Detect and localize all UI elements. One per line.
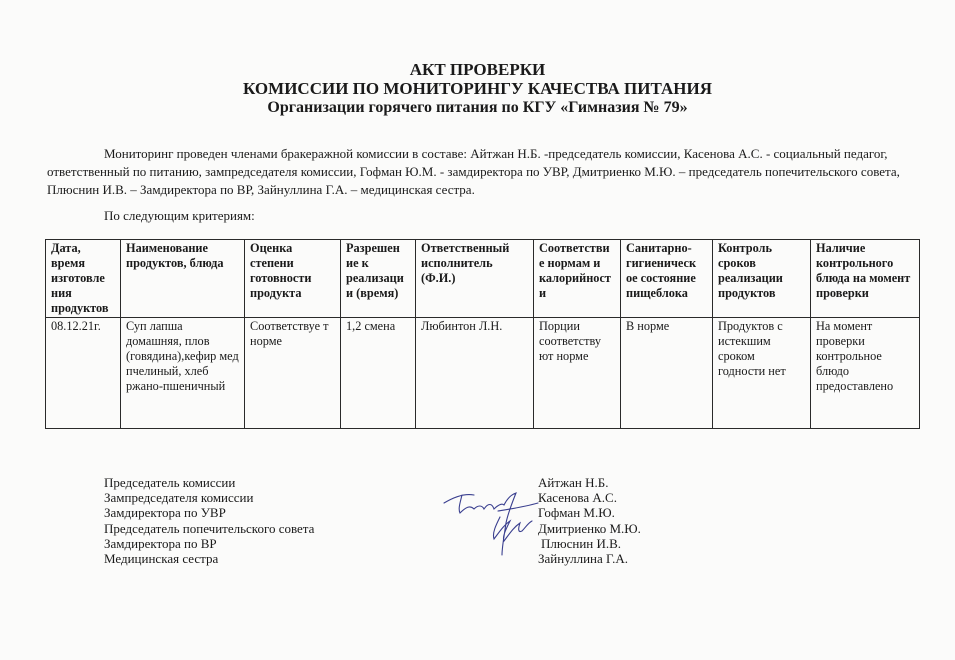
role-deputy-director-uvr: Замдиректора по УВР xyxy=(104,505,314,520)
title-line-1: АКТ ПРОВЕРКИ xyxy=(0,60,955,79)
name-board-chair: Дмитриенко М.Ю. xyxy=(538,521,641,536)
role-deputy-chair: Зампредседателя комиссии xyxy=(104,490,314,505)
header-date: Дата, время изготовле ния продуктов xyxy=(46,240,121,318)
title-line-3: Организации горячего питания по КГУ «Гим… xyxy=(0,98,955,117)
header-expiry-control: Контроль сроков реализации продуктов xyxy=(713,240,811,318)
inspection-table: Дата, время изготовле ния продуктов Наим… xyxy=(45,239,920,429)
role-deputy-director-vr: Замдиректора по ВР xyxy=(104,536,314,551)
name-chair: Айтжан Н.Б. xyxy=(538,475,641,490)
role-board-chair: Председатель попечительского совета xyxy=(104,521,314,536)
header-norms: Соответстви е нормам и калорийност и xyxy=(534,240,621,318)
header-readiness: Оценка степени готовности продукта xyxy=(245,240,341,318)
intro-paragraph: Мониторинг проведен членами бракеражной … xyxy=(47,145,917,199)
document-page: АКТ ПРОВЕРКИ КОМИССИИ ПО МОНИТОРИНГУ КАЧ… xyxy=(0,0,955,660)
cell-readiness: Соответствуе т норме xyxy=(245,318,341,429)
cell-control-dish: На момент проверки контрольное блюдо пре… xyxy=(811,318,920,429)
table-row: 08.12.21г. Суп лапша домашняя, плов (гов… xyxy=(46,318,920,429)
title-line-2: КОМИССИИ ПО МОНИТОРИНГУ КАЧЕСТВА ПИТАНИЯ xyxy=(0,79,955,98)
name-deputy-director-uvr: Гофман М.Ю. xyxy=(538,505,641,520)
header-product-name: Наименование продуктов, блюда xyxy=(121,240,245,318)
table-header-row: Дата, время изготовле ния продуктов Наим… xyxy=(46,240,920,318)
cell-permission: 1,2 смена xyxy=(341,318,416,429)
header-permission: Разрешен ие к реализаци и (время) xyxy=(341,240,416,318)
signer-names: Айтжан Н.Б. Касенова А.С. Гофман М.Ю. Дм… xyxy=(538,475,641,566)
name-deputy-director-vr: Плюснин И.В. xyxy=(538,536,641,551)
cell-date: 08.12.21г. xyxy=(46,318,121,429)
document-title: АКТ ПРОВЕРКИ КОМИССИИ ПО МОНИТОРИНГУ КАЧ… xyxy=(0,60,955,117)
signer-roles: Председатель комиссии Зампредседателя ко… xyxy=(104,475,314,566)
cell-expiry-control: Продуктов с истекшим сроком годности нет xyxy=(713,318,811,429)
cell-norms: Порции соответству ют норме xyxy=(534,318,621,429)
name-nurse: Зайнуллина Г.А. xyxy=(538,551,641,566)
header-control-dish: Наличие контрольного блюда на момент про… xyxy=(811,240,920,318)
cell-sanitary: В норме xyxy=(621,318,713,429)
role-chair: Председатель комиссии xyxy=(104,475,314,490)
name-deputy-chair: Касенова А.С. xyxy=(538,490,641,505)
cell-product-name: Суп лапша домашняя, плов (говядина),кефи… xyxy=(121,318,245,429)
handwritten-signature-icon xyxy=(440,483,550,558)
cell-responsible: Любинтон Л.Н. xyxy=(416,318,534,429)
criteria-label: По следующим критериям: xyxy=(104,208,255,224)
role-nurse: Медицинская сестра xyxy=(104,551,314,566)
header-sanitary: Санитарно-гигиеническ ое состояние пищеб… xyxy=(621,240,713,318)
header-responsible: Ответственный исполнитель (Ф.И.) xyxy=(416,240,534,318)
